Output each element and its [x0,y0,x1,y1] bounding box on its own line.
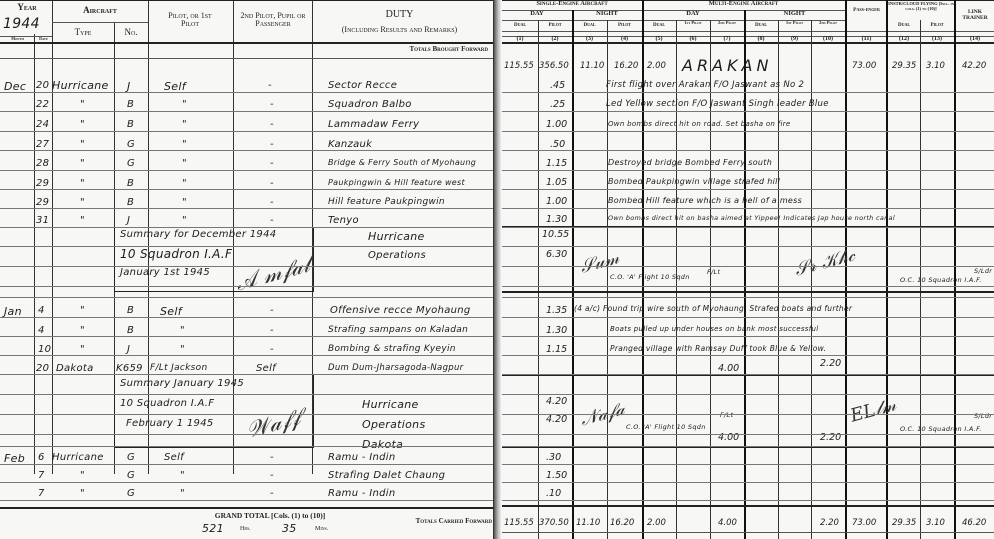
bf-c1: 115.55 [504,61,534,71]
entry-date: 20 [36,80,49,91]
entry-duty: Offensive recce Myohaung [330,305,471,316]
entry-duty: Dum Dum-Jharsagoda-Nagpur [328,363,463,373]
entry-remark: (4 a/c) Found trip wire south of Myohaun… [574,304,852,313]
entry-pilot: " [182,215,187,226]
entry-pilot: " [180,488,185,499]
entry-remark: Pranged village with Ramsay Duff took Bl… [610,344,826,353]
entry-no: J [127,344,130,355]
summary-aircraft: Hurricane [368,230,425,243]
entry-pilot: " [182,119,187,130]
row-rule [502,92,994,93]
divider [52,0,53,474]
summary-c2: 10.55 [542,229,569,240]
entry-type: " [80,139,85,150]
oc-label: O.C. 10 Squadron I.A.F. [900,425,982,433]
entry-duty: Ramu - Indin [328,488,395,499]
signature: 𝒮𝓇 𝒦𝒽𝒸 [792,244,857,280]
col-dual: Dual [502,23,538,28]
entry-type: " [80,215,85,226]
summary-line: 10 Squadron I.A.F [120,247,232,261]
row-rule [502,434,994,435]
entry-pilot: " [182,158,187,169]
bf-c11: 73.00 [852,61,876,71]
bf-c14: 42.20 [962,61,986,71]
entry-pilot: " [182,139,187,150]
entry-date: 6 [38,452,45,463]
oc-label: O.C. 10 Squadron I.A.F. [900,276,982,284]
divider [502,505,994,507]
entry-c2: .50 [550,139,565,150]
row-rule [0,208,493,209]
col-number: (4) [607,36,642,42]
col-number: (2) [538,36,572,42]
col-number: (3) [572,36,607,42]
divider [52,22,148,23]
row-rule [0,266,493,267]
cf-c11: 73.00 [852,518,876,528]
entry-c2: 1.00 [546,119,567,130]
summary-c2: 6.30 [546,249,567,260]
entry-c2: 1.00 [546,196,567,207]
entry-duty: Sector Recce [328,80,397,91]
col-number: (9) [778,36,811,42]
row-rule [0,464,493,465]
divider [502,291,994,293]
row-rule [0,446,493,447]
aircraft-label: Aircraft [52,6,148,15]
entry-duty: Kanzauk [328,139,372,150]
entry-remark: Led Yellow section F/O Jaswant Singh lea… [606,99,829,109]
col-pilot: Pilot [607,23,642,28]
entry-no: G [127,488,135,499]
divider [778,20,779,539]
col-number: (13) [920,36,954,42]
col-passenger: Pass-enger [847,8,886,14]
entry-second: - [270,305,274,316]
row-rule [0,286,493,287]
me-day-header: DAY [642,11,744,18]
entry-type: " [80,344,85,355]
divider [710,20,711,539]
cf-c4: 16.20 [610,518,634,528]
signature: 𝐸𝐿𝓁𝓂 [848,394,898,426]
divider [538,20,539,539]
row-rule [502,111,994,112]
second-pilot-label: 2nd Pilot, Pupil or Passenger [236,12,310,29]
entry-date: 29 [36,178,49,189]
row-rule [0,170,493,171]
entry-c10: 2.20 [820,358,841,369]
row-rule [502,374,994,375]
cf-c2: 370.50 [539,518,569,528]
entry-second: - [270,344,274,355]
row-rule [0,189,493,190]
row-rule [502,131,994,132]
flt-label: F/Lt [707,268,720,276]
divider [811,20,812,539]
row-rule [0,355,493,356]
book-gutter [494,0,502,539]
row-rule [502,355,994,356]
entry-date: 22 [36,99,49,110]
entry-duty: Paukpingwin & Hill feature west [328,178,465,187]
entry-c2: 1.30 [546,214,567,225]
row-rule [0,150,493,151]
entry-type: " [80,158,85,169]
entry-duty: Tenyo [328,215,359,226]
entry-c2: .45 [550,80,565,91]
instr-cloud-header: INSTR/CLOUD FLYING [Incl. in cols. (1) t… [888,2,954,11]
entry-duty: Bombing & strafing Kyeyin [328,344,456,354]
entry-second: - [270,452,274,463]
flt-label: F/Lt [720,411,733,419]
entry-duty: Squadron Balbo [328,99,412,110]
entry-type: " [80,119,85,130]
se-day-header: DAY [502,11,572,18]
date-label: Date [35,37,52,41]
entry-second: - [270,215,274,226]
entry-second: Self [256,363,276,374]
entry-pilot: " [182,178,187,189]
entry-type: " [80,325,85,336]
bf-c2: 356.50 [539,61,569,71]
cf-c14: 46.20 [962,518,986,528]
col-dual: Dual [744,23,778,28]
entry-no: B [127,178,134,189]
summary-c2: 4.20 [546,396,567,407]
sldr-label: S/Ldr [974,267,992,275]
summary-line: January 1st 1945 [120,267,210,278]
col-pilot: Pilot [920,23,954,28]
col-first-pilot: 1st Pilot [676,21,710,26]
row-rule [0,131,493,132]
entry-second: - [270,470,274,481]
entry-pilot: " [180,344,185,355]
summary-aircraft: Dakota [362,438,403,451]
entry-pilot: " [182,197,187,208]
row-rule [502,266,994,267]
entry-date: 27 [36,139,49,150]
co-label: C.O. 'A' Flight 10 Sqdn [626,423,706,431]
link-trainer-header: LINK TRAINER [956,10,994,22]
entry-type: " [80,99,85,110]
row-rule [0,414,493,415]
se-night-header: NIGHT [572,11,642,18]
col-number: (7) [710,36,744,42]
entry-no: B [127,119,134,130]
logbook-right-page: Single-Engine Aircraft Multi-Engine Airc… [502,0,994,539]
cf-c10: 2.20 [820,518,839,528]
entry-no: B [127,325,134,336]
entry-date: 31 [36,215,49,226]
row-rule [502,336,994,337]
entry-pilot: " [180,325,185,336]
summary-line: Summary for December 1944 [120,229,276,240]
col-pilot: Pilot [538,23,572,28]
row-rule [0,434,493,435]
entry-remark: Boats pulled up under houses on bank mos… [610,325,819,333]
col-number: (12) [888,36,920,42]
entry-date: 7 [38,488,45,499]
bf-c4: 16.20 [614,61,638,71]
entry-date: 28 [36,158,49,169]
summary-aircraft: Operations [368,250,426,261]
year-label: Year [2,3,52,12]
divider [0,58,493,59]
col-second-pilot: 2nd Pilot [710,21,744,26]
entry-no: G [127,470,135,481]
entry-date: 4 [38,325,45,336]
entry-no: G [127,139,135,150]
entry-remark: Own bombs direct hit on basha aimed at Y… [608,214,895,222]
entry-remark: Own bombs direct hit on road. Set basha … [608,120,790,128]
row-rule [0,374,493,375]
row-rule [502,227,994,228]
entry-second: - [268,80,272,91]
co-label: C.O. 'A' Flight 10 Sqdn [610,273,690,281]
entry-remark: Bombed Paukpingwin village strafed hill [608,177,780,186]
row-rule [502,286,994,287]
bf-c3: 11.10 [580,61,604,71]
summary-line: February 1 1945 [126,418,214,429]
entry-date: 24 [36,119,49,130]
entry-remark: Bombed Hill feature which is a hell of a… [608,196,802,205]
year-value: 1944 [3,16,40,32]
arakan-label: ARAKAN [682,56,772,75]
entry-c2: .10 [546,488,561,499]
divider [502,532,994,533]
no-label: No. [114,28,148,37]
entry-c2: .30 [546,452,561,463]
col-number: (10) [811,36,845,42]
entry-type: Hurricane [52,452,104,463]
summary-line: 10 Squadron I.A.F [120,398,214,409]
entry-c2: 1.50 [546,470,567,481]
col-dual: Dual [642,23,676,28]
col-number: (8) [744,36,778,42]
entry-date: 10 [38,344,51,355]
entry-c7: 4.00 [718,363,739,374]
entry-c2: 1.30 [546,325,567,336]
row-rule [502,246,994,247]
entry-second: - [270,197,274,208]
divider [34,34,35,474]
entry-type: " [80,178,85,189]
row-rule [502,297,994,298]
row-rule [0,500,493,501]
entry-type: " [80,470,85,481]
col-number: (14) [956,36,994,42]
cf-c5: 2.00 [647,518,666,528]
divider [0,0,493,1]
row-rule [0,227,493,228]
bf-c13: 3.10 [926,61,945,71]
entry-duty: Hill feature Paukpingwin [328,197,445,207]
divider [845,0,847,539]
row-rule [502,189,994,190]
duty-sub-label: (Including Results and Remarks) [312,26,487,34]
entry-second: - [270,325,274,336]
entry-type: " [80,197,85,208]
entry-no: B [127,99,134,110]
entry-duty: Lammadaw Ferry [328,119,419,130]
entry-date: 4 [38,305,45,316]
divider [607,20,608,539]
col-dual: Dual [888,23,920,28]
bf-c12: 29.35 [892,61,916,71]
entry-pilot: " [182,99,187,110]
entry-remark: Destroyed bridge Bombed Ferry south [608,158,772,167]
entry-duty: Strafing Dalet Chaung [328,470,445,481]
entry-no: G [127,452,135,463]
cf-c7: 4.00 [718,518,737,528]
entry-type: " [80,488,85,499]
mins-label: Mins. [315,526,328,532]
cf-c1: 115.55 [504,518,534,528]
multi-engine-header: Multi-Engine Aircraft [642,1,845,8]
logbook-left-page: Year 1944 Month Date Aircraft Type No. P… [0,0,496,539]
row-rule [0,297,493,298]
entry-pilot: F/Lt Jackson [150,363,207,373]
entry-pilot: Self [164,452,184,463]
entry-date: 20 [36,363,49,374]
entry-duty: Ramu - Indin [328,452,395,463]
col-second-pilot: 2nd Pilot [811,21,845,26]
me-night-header: NIGHT [744,11,845,18]
bf-c5: 2.00 [647,61,666,71]
entry-no: K659 [116,363,143,374]
row-rule [502,500,994,501]
entry-duty: Strafing sampans on Kaladan [328,325,468,335]
entry-second: - [270,139,274,150]
row-rule [502,414,994,415]
entry-type: " [80,305,85,316]
grand-total-hours: 521 [202,522,224,535]
row-rule [502,170,994,171]
row-rule [502,446,994,447]
row-rule [0,394,493,395]
divider [954,0,956,539]
entry-no: J [127,215,130,226]
entry-second: - [270,119,274,130]
cf-c12: 29.35 [892,518,916,528]
entry-type: Hurricane [52,79,109,92]
entry-c2: 1.15 [546,344,567,355]
single-engine-header: Single-Engine Aircraft [502,1,642,8]
grand-total-mins: 35 [282,522,297,535]
summary-c2: 4.20 [546,414,567,425]
row-rule [0,246,493,247]
hrs-label: Hrs. [240,526,251,532]
grand-total-label: GRAND TOTAL [Cols. (1) to (10)] [200,512,340,520]
row-rule [0,317,493,318]
cf-c13: 3.10 [926,518,945,528]
month-label: Month [1,37,34,41]
row-rule [0,336,493,337]
row-rule [502,150,994,151]
col-first-pilot: 1st Pilot [778,21,811,26]
summary-aircraft: Hurricane [362,398,419,411]
entry-c2: 1.05 [546,177,567,188]
entry-type: Dakota [56,363,94,374]
entry-second: - [270,99,274,110]
entry-second: - [270,158,274,169]
entry-duty: Bridge & Ferry South of Myohaung [328,158,476,167]
entry-date: 7 [38,470,45,481]
entry-c2: 1.15 [546,158,567,169]
row-rule [502,317,994,318]
row-rule [0,482,493,483]
row-rule [502,482,994,483]
entry-second: - [270,488,274,499]
summary-line: Summary January 1945 [120,378,244,389]
entry-pilot: " [180,470,185,481]
entry-date: 29 [36,197,49,208]
row-rule [502,208,994,209]
row-rule [502,464,994,465]
row-rule [502,394,994,395]
col-number: (1) [502,36,538,42]
entry-c2: .25 [550,99,565,110]
col-number: (6) [676,36,710,42]
entry-no: B [127,197,134,208]
summary-aircraft: Operations [362,418,425,431]
col-number: (5) [642,36,676,42]
divider [886,0,888,539]
duty-label: DUTY [312,10,487,21]
entry-no: G [127,158,135,169]
entry-remark: First flight over Arakan F/O Jaswant as … [606,80,804,90]
divider [572,10,574,539]
row-rule [0,111,493,112]
totals-carried-forward-label: Totals Carried Forward [372,518,492,525]
pilot-label: Pilot, or 1st Pilot [160,12,220,29]
entry-no: B [127,305,134,316]
col-dual: Dual [572,23,607,28]
type-label: Type [52,28,114,37]
totals-brought-forward-label: Totals Brought Forward [370,46,488,53]
col-number: (11) [847,36,886,42]
cf-c3: 11.10 [576,518,600,528]
entry-second: - [270,178,274,189]
entry-c2: 1.35 [546,305,567,316]
divider [0,42,493,44]
divider [0,507,493,509]
row-rule [0,92,493,93]
